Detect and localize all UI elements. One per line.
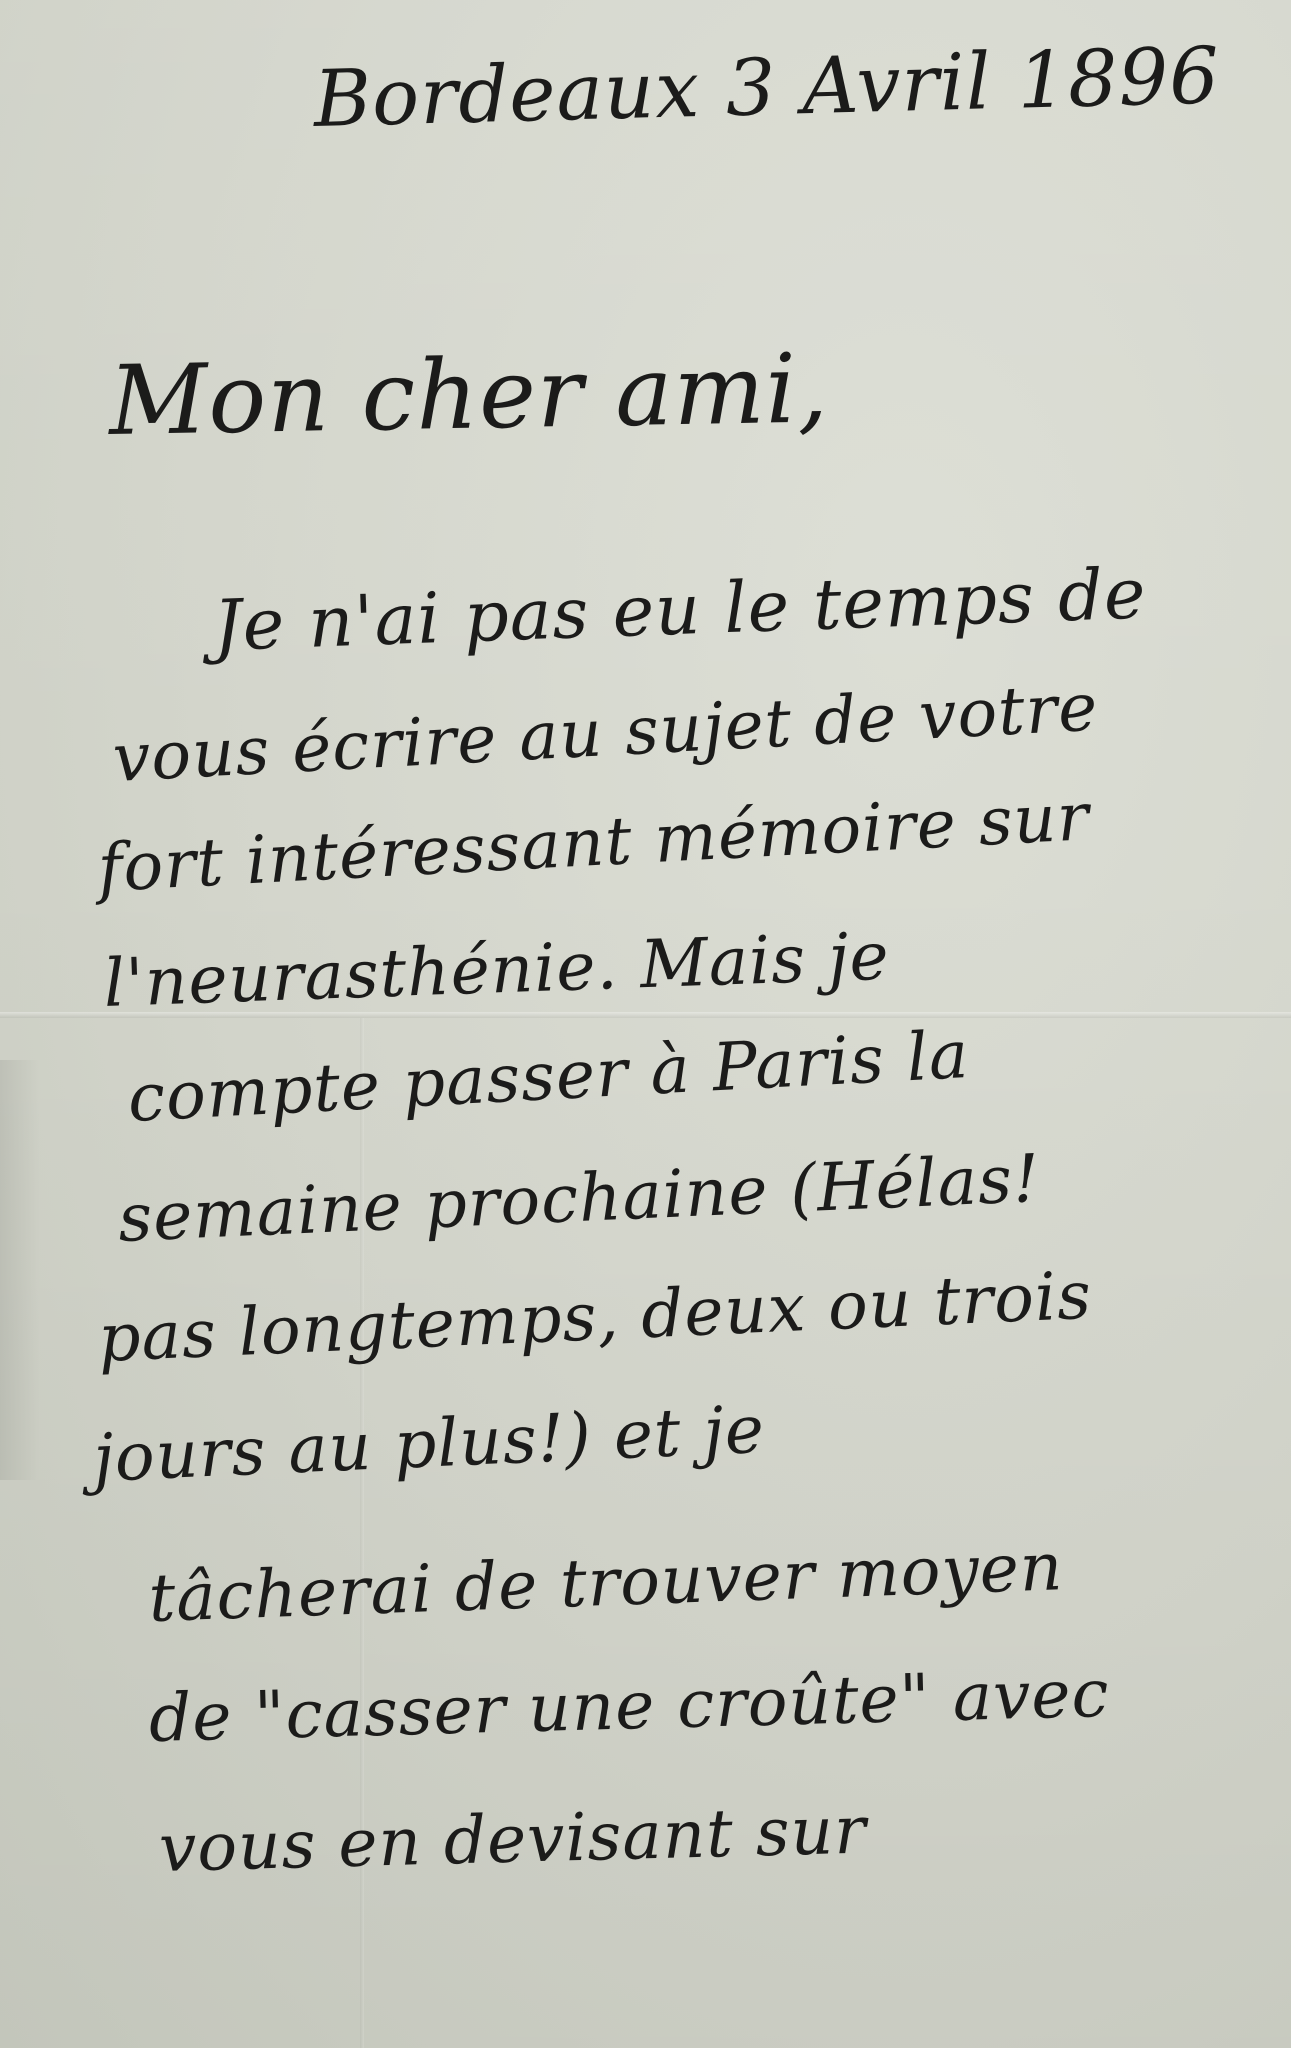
salutation: Mon cher ami, (108, 332, 830, 457)
paper-edge-shadow (0, 1060, 40, 1480)
body-line: Je n'ai pas eu le temps de (212, 552, 1147, 667)
body-line: semaine prochaine (Hélas! (117, 1140, 1042, 1257)
letter-page: Bordeaux 3 Avril 1896 Mon cher ami, Je n… (0, 0, 1291, 2048)
body-line: compte passer à Paris la (126, 1016, 971, 1137)
body-line: fort intéressant mémoire sur (96, 778, 1091, 907)
body-line: vous écrire au sujet de votre (111, 668, 1100, 797)
body-line: tâcherai de trouver moyen (147, 1528, 1064, 1637)
body-line: jours au plus!) et je (92, 1391, 767, 1497)
body-line: l'neurasthénie. Mais je (102, 918, 890, 1022)
body-line: pas longtemps, deux ou trois (97, 1257, 1094, 1377)
body-line: de "casser une croûte" avec (148, 1655, 1110, 1757)
body-line: vous en devisant sur (158, 1791, 868, 1887)
place-date-line: Bordeaux 3 Avril 1896 (313, 31, 1221, 145)
